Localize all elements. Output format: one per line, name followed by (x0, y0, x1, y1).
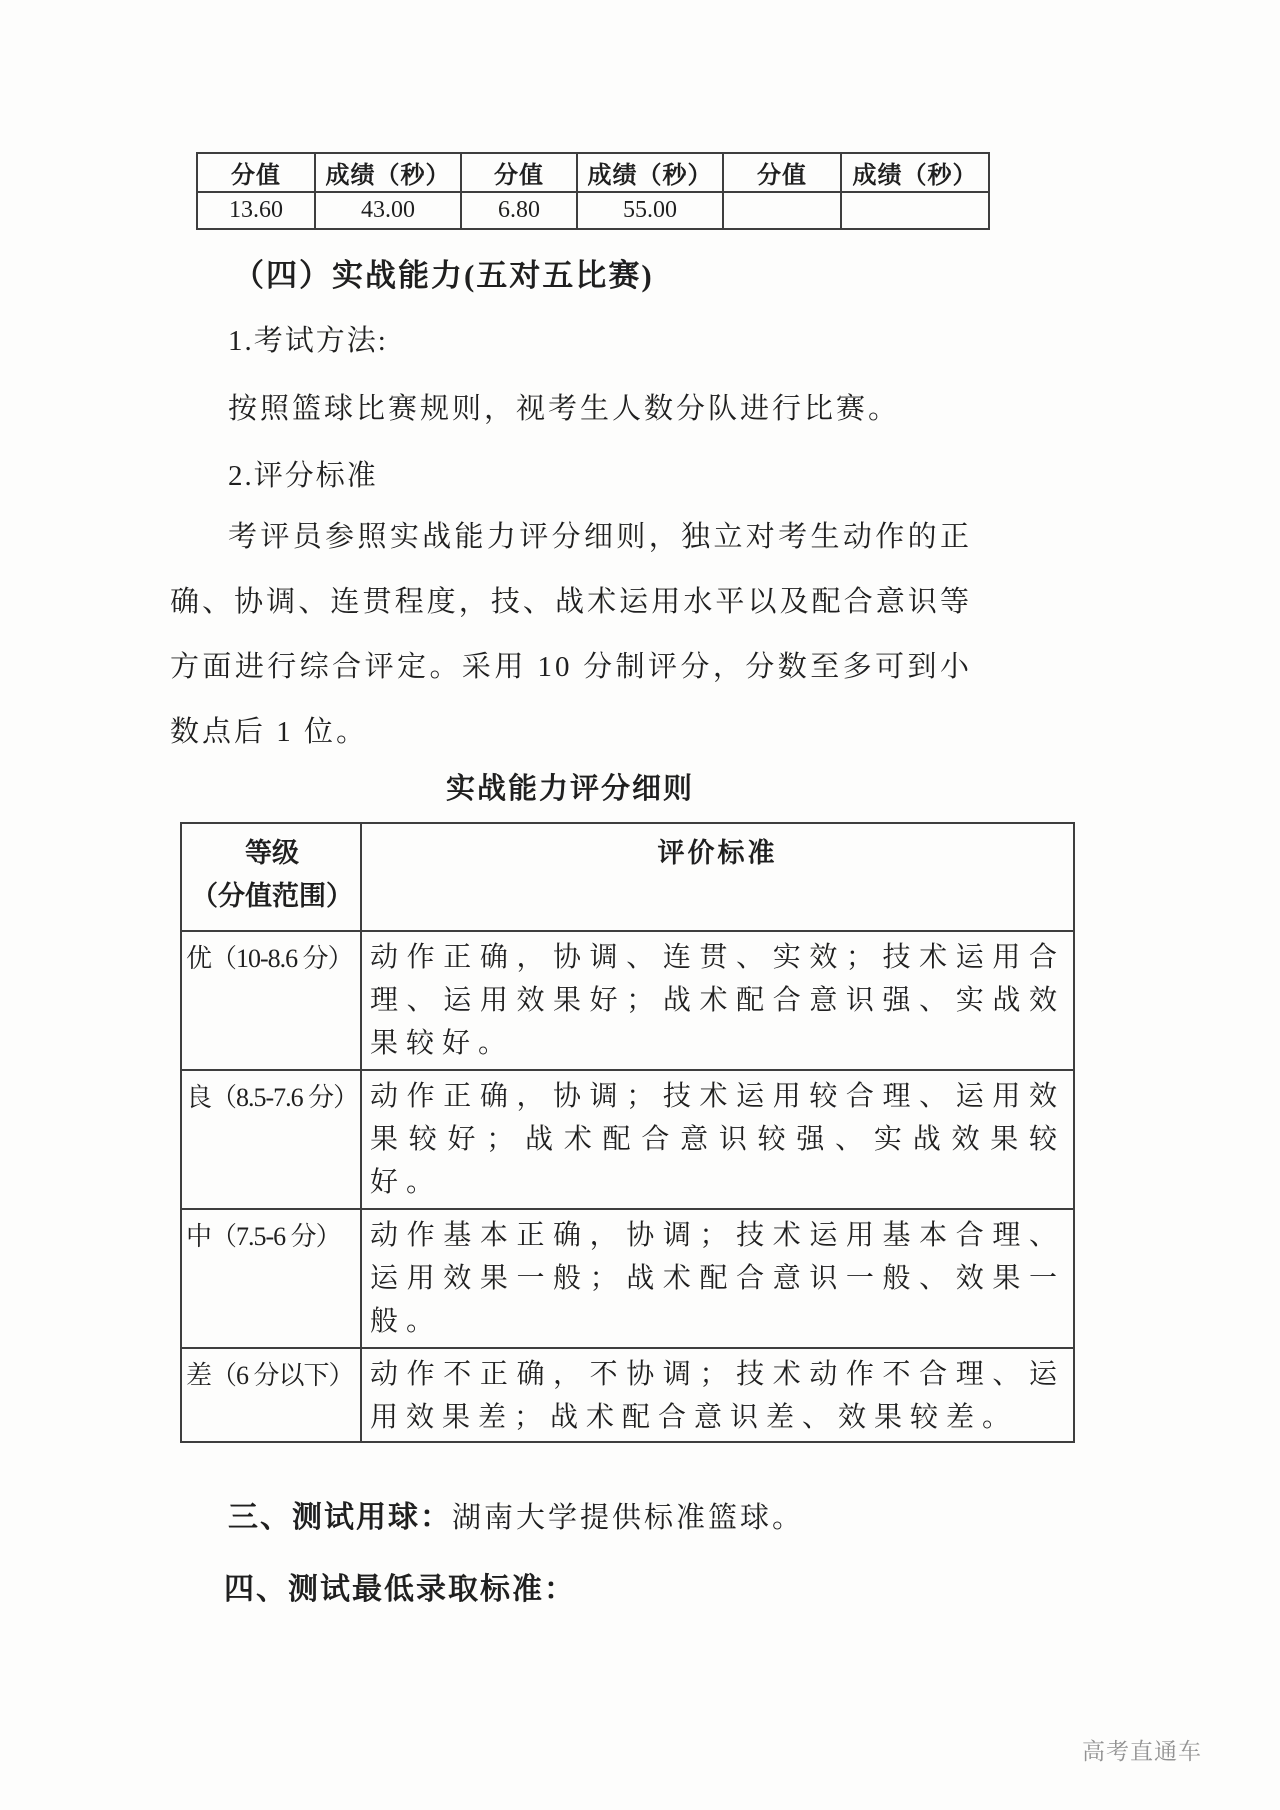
score-value-cell (723, 192, 841, 229)
scoring-label: 2.评分标准 (228, 453, 378, 494)
grade-header-line2: （分值范围） (186, 875, 358, 918)
score-value-cell (841, 192, 989, 229)
method-label: 1.考试方法: (228, 318, 388, 359)
score-value-cell: 13.60 (197, 192, 315, 229)
score-header-cell: 成绩（秒） (841, 153, 989, 192)
criteria-cell: 动作基本正确，协调；技术运用基本合理、运用效果一般；战术配合意识一般、效果一般。 (361, 1209, 1074, 1348)
rubric-row-medium: 中（7.5-6 分） 动作基本正确，协调；技术运用基本合理、运用效果一般；战术配… (181, 1209, 1074, 1348)
test-ball-line: 三、测试用球：湖南大学提供标准篮球。 (228, 1492, 804, 1536)
document-page: 分值 成绩（秒） 分值 成绩（秒） 分值 成绩（秒） 13.60 43.00 6… (0, 0, 1280, 1810)
section-heading: （四）实战能力(五对五比赛) (233, 250, 654, 295)
watermark-text: 高考直通车 (1082, 1733, 1202, 1766)
score-table-value-row: 13.60 43.00 6.80 55.00 (197, 192, 989, 229)
rubric-grade-header-cell: 等级 （分值范围） (181, 823, 361, 931)
rubric-header-row: 等级 （分值范围） 评价标准 (181, 823, 1074, 931)
rubric-table: 等级 （分值范围） 评价标准 优（10-8.6 分） 动作正确，协调、连贯、实效… (180, 822, 1075, 1443)
score-table-header-row: 分值 成绩（秒） 分值 成绩（秒） 分值 成绩（秒） (197, 153, 989, 192)
score-conversion-table: 分值 成绩（秒） 分值 成绩（秒） 分值 成绩（秒） 13.60 43.00 6… (196, 152, 990, 230)
test-ball-body: 湖南大学提供标准篮球。 (452, 1502, 804, 1534)
grade-cell: 差（6 分以下） (181, 1348, 361, 1442)
grade-cell: 中（7.5-6 分） (181, 1209, 361, 1348)
rubric-row-good: 良（8.5-7.6 分） 动作正确，协调；技术运用较合理、运用效果较好；战术配合… (181, 1070, 1074, 1209)
method-body: 按照篮球比赛规则，视考生人数分队进行比赛。 (228, 386, 900, 427)
rubric-criteria-header-cell: 评价标准 (361, 823, 1074, 931)
min-standard-heading: 四、测试最低录取标准： (224, 1564, 576, 1608)
score-header-cell: 分值 (461, 153, 577, 192)
rubric-row-excellent: 优（10-8.6 分） 动作正确，协调、连贯、实效；技术运用合理、运用效果好；战… (181, 931, 1074, 1070)
score-header-cell: 成绩（秒） (315, 153, 461, 192)
criteria-cell: 动作正确，协调、连贯、实效；技术运用合理、运用效果好；战术配合意识强、实战效果较… (361, 931, 1074, 1070)
grade-cell: 良（8.5-7.6 分） (181, 1070, 361, 1209)
grade-cell: 优（10-8.6 分） (181, 931, 361, 1070)
score-header-cell: 分值 (197, 153, 315, 192)
score-value-cell: 55.00 (577, 192, 723, 229)
rubric-row-poor: 差（6 分以下） 动作不正确，不协调；技术动作不合理、运用效果差；战术配合意识差… (181, 1348, 1074, 1442)
score-header-cell: 分值 (723, 153, 841, 192)
criteria-cell: 动作不正确，不协调；技术动作不合理、运用效果差；战术配合意识差、效果较差。 (361, 1348, 1074, 1442)
grade-header-line1: 等级 (186, 832, 358, 875)
score-value-cell: 6.80 (461, 192, 577, 229)
criteria-cell: 动作正确，协调；技术运用较合理、运用效果较好；战术配合意识较强、实战效果较好。 (361, 1070, 1074, 1209)
score-header-cell: 成绩（秒） (577, 153, 723, 192)
rubric-table-title: 实战能力评分细则 (170, 766, 970, 807)
scoring-paragraph: 考评员参照实战能力评分细则，独立对考生动作的正确、协调、连贯程度，技、战术运用水… (170, 505, 972, 765)
score-value-cell: 43.00 (315, 192, 461, 229)
test-ball-label: 三、测试用球： (228, 1501, 452, 1534)
